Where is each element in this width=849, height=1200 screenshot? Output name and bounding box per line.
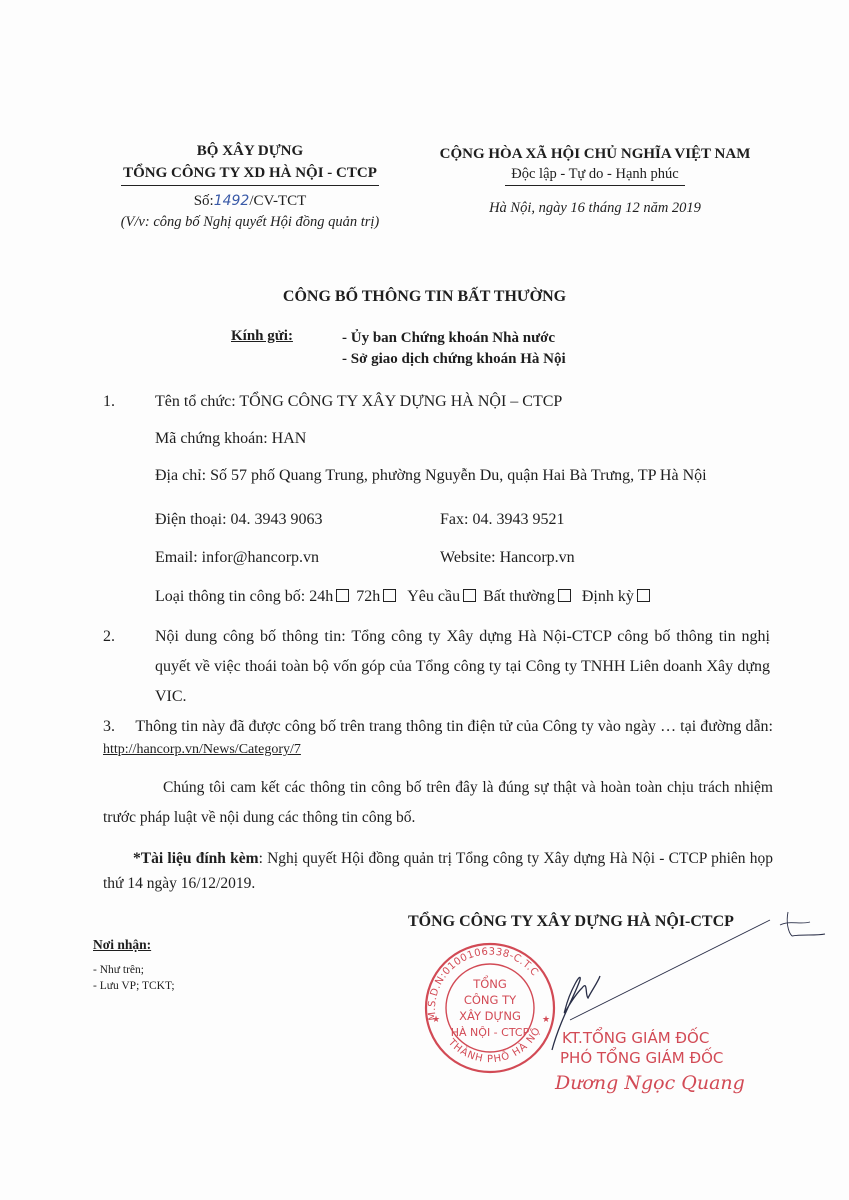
attachment-note: *Tài liệu đính kèm: Nghị quyết Hội đồng … [103, 846, 773, 896]
distribution-list: - Như trên; - Lưu VP; TCKT; [93, 962, 175, 994]
section-3-number: 3. [103, 718, 115, 735]
address: Địa chỉ: Số 57 phố Quang Trung, phường N… [155, 467, 707, 485]
national-header: CỘNG HÒA XÃ HỘI CHỦ NGHĨA VIỆT NAM Độc l… [415, 143, 775, 217]
distribution-label: Nơi nhận: [93, 937, 151, 953]
phone: Điện thoại: 04. 3943 9063 [155, 511, 323, 529]
recipient-item: - Ủy ban Chứng khoán Nhà nước [342, 328, 566, 349]
distribution-item: - Như trên; [93, 962, 175, 978]
checkbox-unusual[interactable] [558, 589, 571, 602]
svg-text:★: ★ [432, 1014, 440, 1024]
org-name: Tên tổ chức: TỔNG CÔNG TY XÂY DỰNG HÀ NỘ… [155, 393, 562, 411]
handwritten-number: 1492 [214, 193, 250, 209]
recipients-label: Kính gửi: [231, 328, 293, 345]
document-title: CÔNG BỐ THÔNG TIN BẤT THƯỜNG [0, 288, 849, 306]
document-subject: (V/v: công bố Nghị quyết Hội đồng quản t… [115, 212, 385, 232]
distribution-item: - Lưu VP; TCKT; [93, 978, 175, 994]
country-name: CỘNG HÒA XÃ HỘI CHỦ NGHĨA VIỆT NAM [415, 143, 775, 165]
company-name: TỔNG CÔNG TY XD HÀ NỘI - CTCP [121, 162, 379, 186]
recipient-item: - Sở giao dịch chứng khoán Hà Nội [342, 349, 566, 370]
disclosure-content: Nội dung công bố thông tin: Tổng công ty… [155, 622, 770, 712]
signer-name: Dương Ngọc Quang [555, 1072, 745, 1094]
fax: Fax: 04. 3943 9521 [440, 511, 564, 529]
stock-code: Mã chứng khoán: HAN [155, 430, 306, 448]
attachment-label: *Tài liệu đính kèm [133, 850, 259, 867]
section-3: 3. Thông tin này đã được công bố trên tr… [103, 716, 773, 761]
checkbox-24h[interactable] [336, 589, 349, 602]
section-3-text: Thông tin này đã được công bố trên trang… [135, 718, 773, 735]
section-2-number: 2. [103, 622, 115, 652]
document-date: Hà Nội, ngày 16 tháng 12 năm 2019 [415, 200, 775, 217]
checkbox-periodic[interactable] [637, 589, 650, 602]
signer-title: KT.TỔNG GIÁM ĐỐC PHÓ TỔNG GIÁM ĐỐC [568, 1028, 723, 1068]
email: Email: infor@hancorp.vn [155, 549, 319, 567]
national-motto: Độc lập - Tự do - Hạnh phúc [505, 165, 684, 186]
info-type-label: Loại thông tin công bố: [155, 588, 305, 605]
ministry-name: BỘ XÂY DỰNG [100, 140, 400, 162]
section-1-number: 1. [103, 393, 115, 411]
info-type-row: Loại thông tin công bố: 24h 72h Yêu cầu … [155, 588, 653, 606]
handwritten-signature-icon [470, 900, 830, 1100]
recipients-list: - Ủy ban Chứng khoán Nhà nước - Sở giao … [342, 328, 566, 370]
disclosure-link[interactable]: http://hancorp.vn/News/Category/7 [103, 742, 301, 757]
checkbox-72h[interactable] [383, 589, 396, 602]
checkbox-request[interactable] [463, 589, 476, 602]
website: Website: Hancorp.vn [440, 549, 575, 567]
document-number: Số:1492/CV-TCT [100, 190, 400, 212]
issuer-header: BỘ XÂY DỰNG TỔNG CÔNG TY XD HÀ NỘI - CTC… [100, 140, 400, 232]
commitment-paragraph: Chúng tôi cam kết các thông tin công bố … [103, 773, 773, 833]
